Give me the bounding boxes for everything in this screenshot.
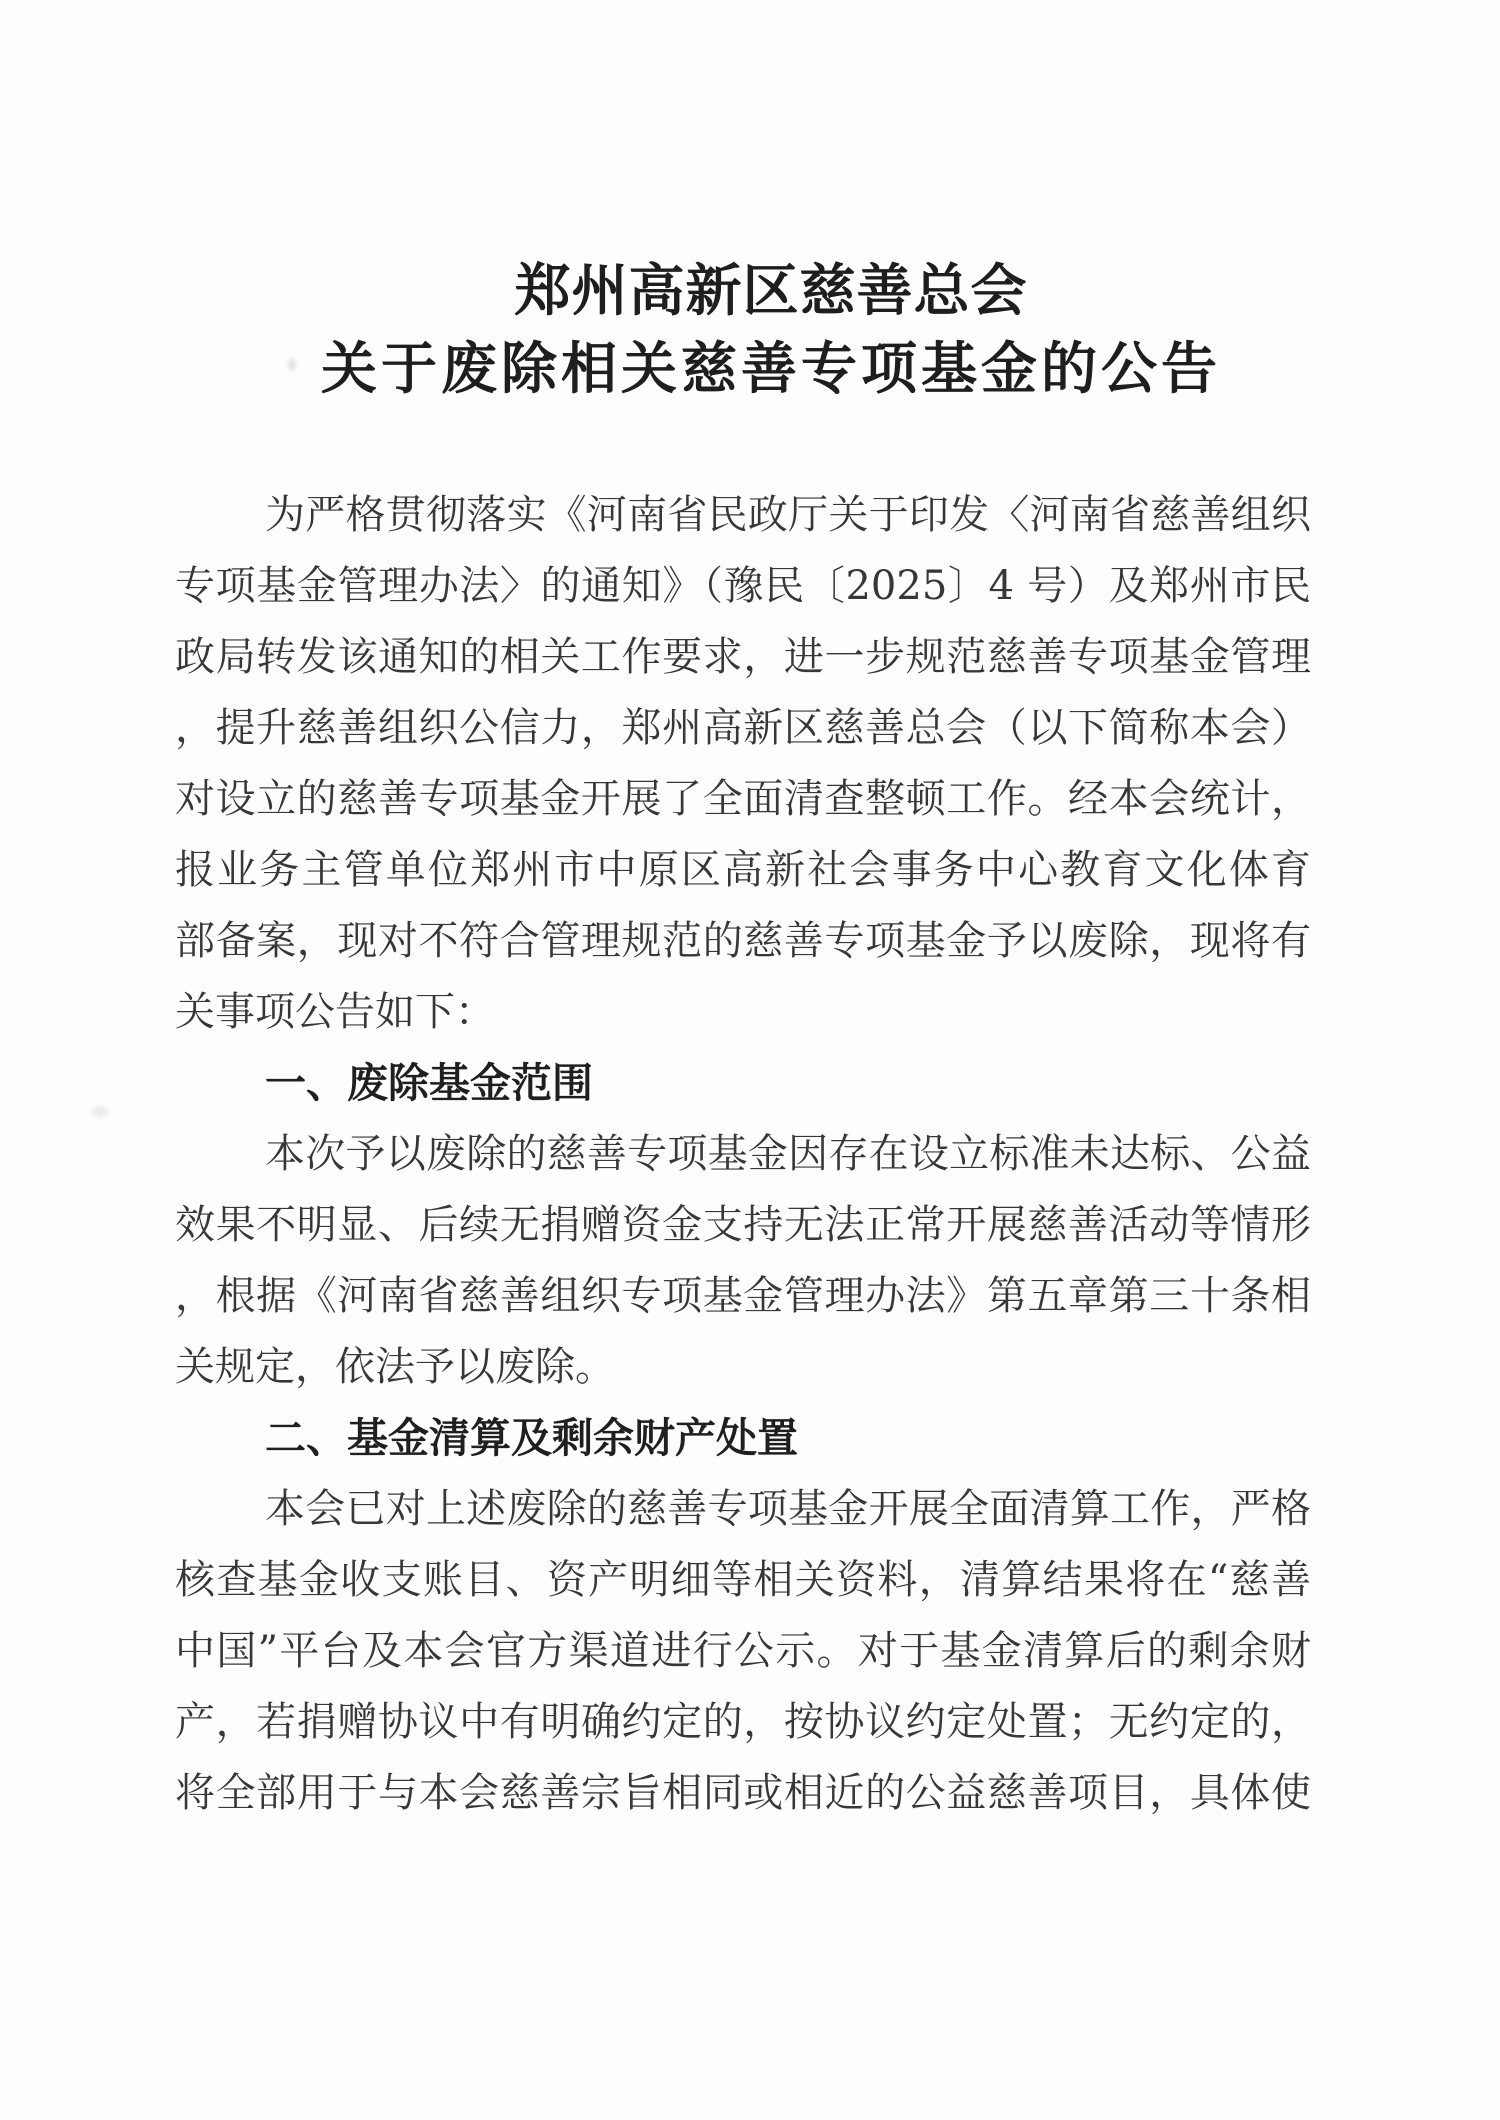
paragraph-line: ，根据《河南省慈善组织专项基金管理办法》第五章第三十条相 <box>175 1261 1311 1332</box>
document-page: 郑州高新区慈善总会 关于废除相关慈善专项基金的公告 为严格贯彻落实《河南省民政厅… <box>0 0 1500 2120</box>
paragraph-line: 本次予以废除的慈善专项基金因存在设立标准未达标、公益 <box>175 1119 1311 1190</box>
document-body: 为严格贯彻落实《河南省民政厅关于印发〈河南省慈善组织 专项基金管理办法〉的通知》… <box>175 480 1311 1829</box>
paragraph-line: 报业务主管单位郑州市中原区高新社会事务中心教育文化体育 <box>175 835 1311 906</box>
paragraph-line: 关规定，依法予以废除。 <box>175 1332 1311 1403</box>
paragraph-3: 本会已对上述废除的慈善专项基金开展全面清算工作，严格 核查基金收支账目、资产明细… <box>175 1474 1311 1829</box>
paragraph-line: 将全部用于与本会慈善宗旨相同或相近的公益慈善项目，具体使 <box>175 1758 1311 1829</box>
section-heading-2: 二、基金清算及剩余财产处置 <box>175 1403 1311 1474</box>
title-line-2: 关于废除相关慈善专项基金的公告 <box>203 330 1339 408</box>
paragraph-line: 本会已对上述废除的慈善专项基金开展全面清算工作，严格 <box>175 1474 1311 1545</box>
paragraph-1: 为严格贯彻落实《河南省民政厅关于印发〈河南省慈善组织 专项基金管理办法〉的通知》… <box>175 480 1311 1048</box>
scan-artifact <box>92 1106 108 1117</box>
paragraph-line: 核查基金收支账目、资产明细等相关资料，清算结果将在“慈善 <box>175 1545 1311 1616</box>
paragraph-line: 中国”平台及本会官方渠道进行公示。对于基金清算后的剩余财 <box>175 1616 1311 1687</box>
paragraph-line: 关事项公告如下： <box>175 977 1311 1048</box>
paragraph-line: 效果不明显、后续无捐赠资金支持无法正常开展慈善活动等情形 <box>175 1190 1311 1261</box>
document-title: 郑州高新区慈善总会 关于废除相关慈善专项基金的公告 <box>203 252 1339 408</box>
paragraph-line: 为严格贯彻落实《河南省民政厅关于印发〈河南省慈善组织 <box>175 480 1311 551</box>
paragraph-line: 对设立的慈善专项基金开展了全面清查整顿工作。经本会统计， <box>175 764 1311 835</box>
paragraph-2: 本次予以废除的慈善专项基金因存在设立标准未达标、公益 效果不明显、后续无捐赠资金… <box>175 1119 1311 1403</box>
paragraph-line: 专项基金管理办法〉的通知》（豫民〔2025〕4 号）及郑州市民 <box>175 551 1311 622</box>
paragraph-line: 产，若捐赠协议中有明确约定的，按协议约定处置；无约定的， <box>175 1687 1311 1758</box>
section-heading-1: 一、废除基金范围 <box>175 1048 1311 1119</box>
paragraph-line: 部备案，现对不符合管理规范的慈善专项基金予以废除，现将有 <box>175 906 1311 977</box>
paragraph-line: 政局转发该通知的相关工作要求，进一步规范慈善专项基金管理 <box>175 622 1311 693</box>
title-line-1: 郑州高新区慈善总会 <box>203 252 1339 330</box>
paragraph-line: ，提升慈善组织公信力，郑州高新区慈善总会（以下简称本会） <box>175 693 1311 764</box>
document-content: 郑州高新区慈善总会 关于废除相关慈善专项基金的公告 为严格贯彻落实《河南省民政厅… <box>175 252 1311 1829</box>
